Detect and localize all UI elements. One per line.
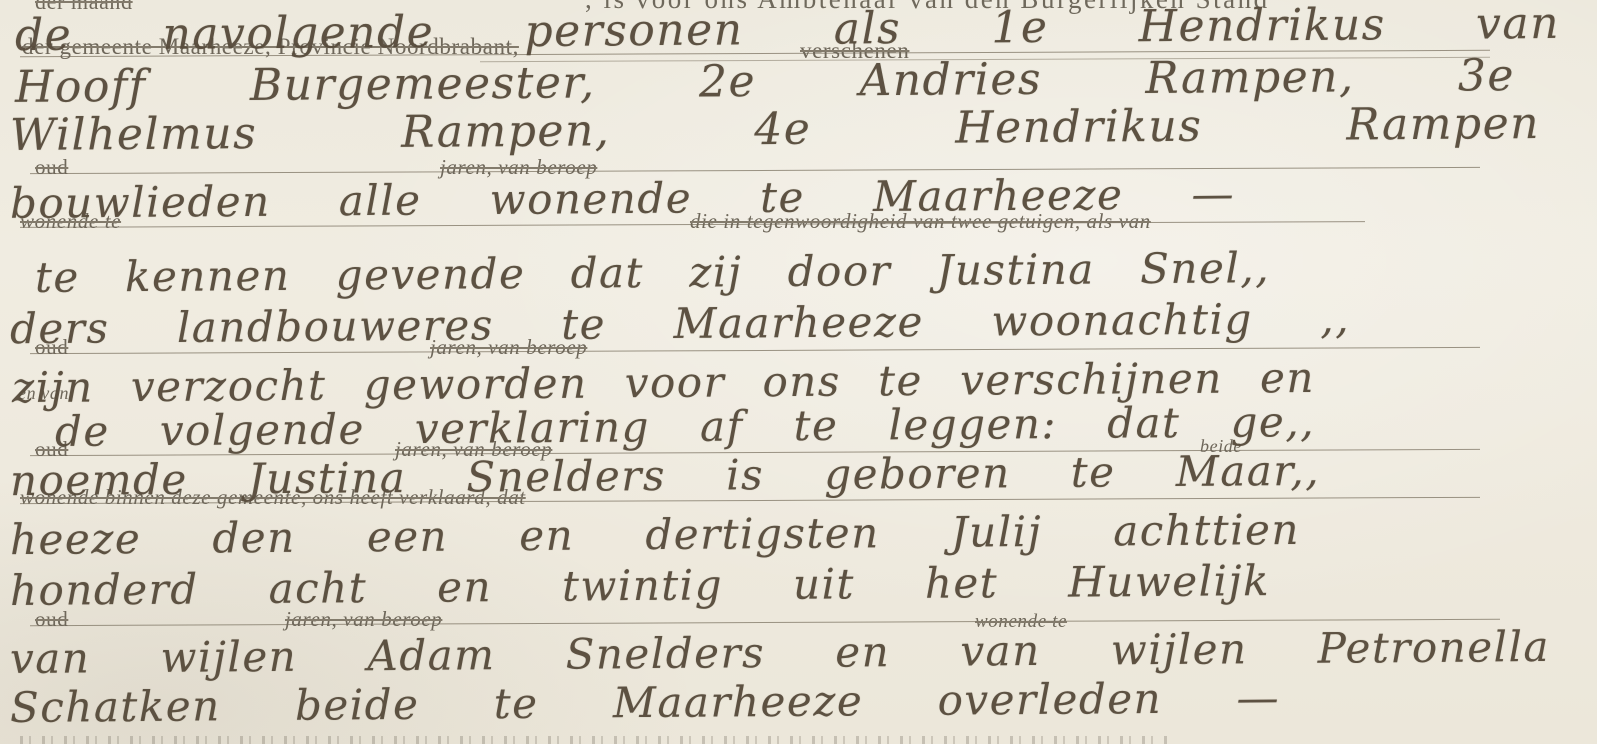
- handwritten-line-13: Schatken beide te Maarheeze overleden —: [10, 675, 1280, 731]
- clipped-text-fragment: [20, 736, 1170, 744]
- handwritten-line-3: Wilhelmus Rampen, 4e Hendrikus Rampen: [10, 100, 1540, 160]
- registry-document-scan: der maand , is voor ons Ambtenaar van de…: [0, 0, 1597, 744]
- handwritten-line-10: heeze den een en dertigsten Julij achtti…: [10, 507, 1300, 563]
- handwritten-line-5: te kennen gevende dat zij door Justina S…: [35, 245, 1270, 301]
- handwritten-line-6: ders landbouweres te Maarheeze woonachti…: [10, 296, 1350, 353]
- handwritten-line-12: van wijlen Adam Snelders en van wijlen P…: [10, 624, 1550, 682]
- handwritten-line-4: bouwlieden alle wonende te Maarheeze —: [10, 171, 1235, 227]
- handwritten-line-11: honderd acht en twintig uit het Huwelijk: [10, 558, 1270, 614]
- handwritten-line-9: noemde Justina Snelders is geboren te Ma…: [10, 448, 1320, 504]
